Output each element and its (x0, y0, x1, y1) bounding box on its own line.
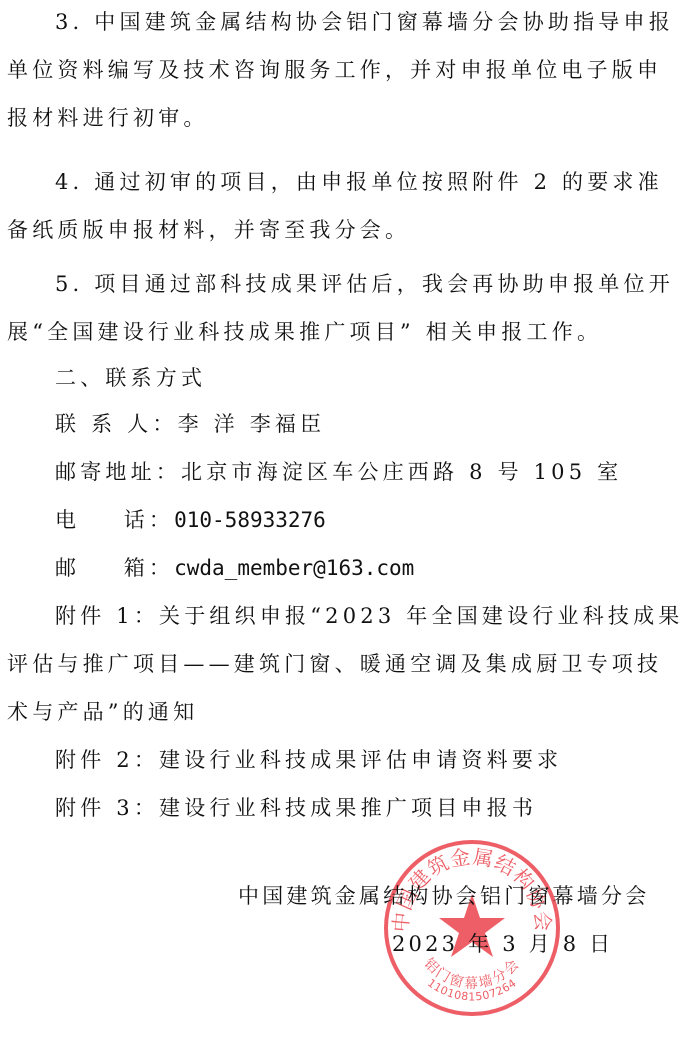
email-label: 邮 箱： (55, 554, 174, 582)
attachment-2: 附件 2：建设行业科技成果评估申请资料要求 (55, 746, 562, 774)
attachment-1-line-3: 术与产品”的通知 (7, 698, 198, 726)
phone-row: 电 话：010-58933276 (55, 506, 326, 534)
signature-date: 2023 年 3 月 8 日 (392, 930, 613, 958)
paragraph-4-line-2: 备纸质版申报材料，并寄至我分会。 (7, 216, 410, 244)
email-row: 邮 箱：cwda_member@163.com (55, 554, 414, 582)
paragraph-3-line-2: 单位资料编写及技术咨询服务工作，并对申报单位电子版申 (7, 56, 662, 84)
address-label: 邮寄地址： (55, 458, 181, 486)
signature-organization: 中国建筑金属结构协会铝门窗幕墙分会 (238, 882, 649, 910)
phone-value: 010-58933276 (174, 508, 326, 532)
attachment-1-line-2: 评估与推广项目——建筑门窗、暖通空调及集成厨卫专项技 (7, 650, 662, 678)
paragraph-3-line-1: 3. 中国建筑金属结构协会铝门窗幕墙分会协助指导申报 (55, 8, 674, 36)
contact-person-row: 联 系 人：李 洋 李福臣 (55, 410, 325, 438)
address-value: 北京市海淀区车公庄西路 8 号 105 室 (181, 460, 622, 484)
contact-person-value: 李 洋 李福臣 (178, 412, 326, 436)
contact-section-heading: 二、联系方式 (55, 364, 206, 392)
address-row: 邮寄地址：北京市海淀区车公庄西路 8 号 105 室 (55, 458, 622, 486)
paragraph-5-line-1: 5. 项目通过部科技成果评估后，我会再协助申报单位开 (55, 270, 674, 298)
phone-label: 电 话： (55, 506, 174, 534)
attachment-1-line-1: 附件 1：关于组织申报“2023 年全国建设行业科技成果 (55, 602, 680, 630)
paragraph-5-line-2: 展“全国建设行业科技成果推广项目” 相关申报工作。 (7, 318, 602, 346)
attachment-3: 附件 3：建设行业科技成果推广项目申报书 (55, 794, 537, 822)
paragraph-3-line-3: 报材料进行初审。 (7, 104, 209, 132)
email-value: cwda_member@163.com (174, 556, 414, 580)
contact-person-label: 联 系 人： (55, 410, 178, 438)
paragraph-4-line-1: 4. 通过初审的项目，由申报单位按照附件 2 的要求准 (55, 168, 663, 196)
official-seal-icon: 中国建筑金属结构协会 铝门窗幕墙分会 1101081507264 (380, 836, 564, 1020)
